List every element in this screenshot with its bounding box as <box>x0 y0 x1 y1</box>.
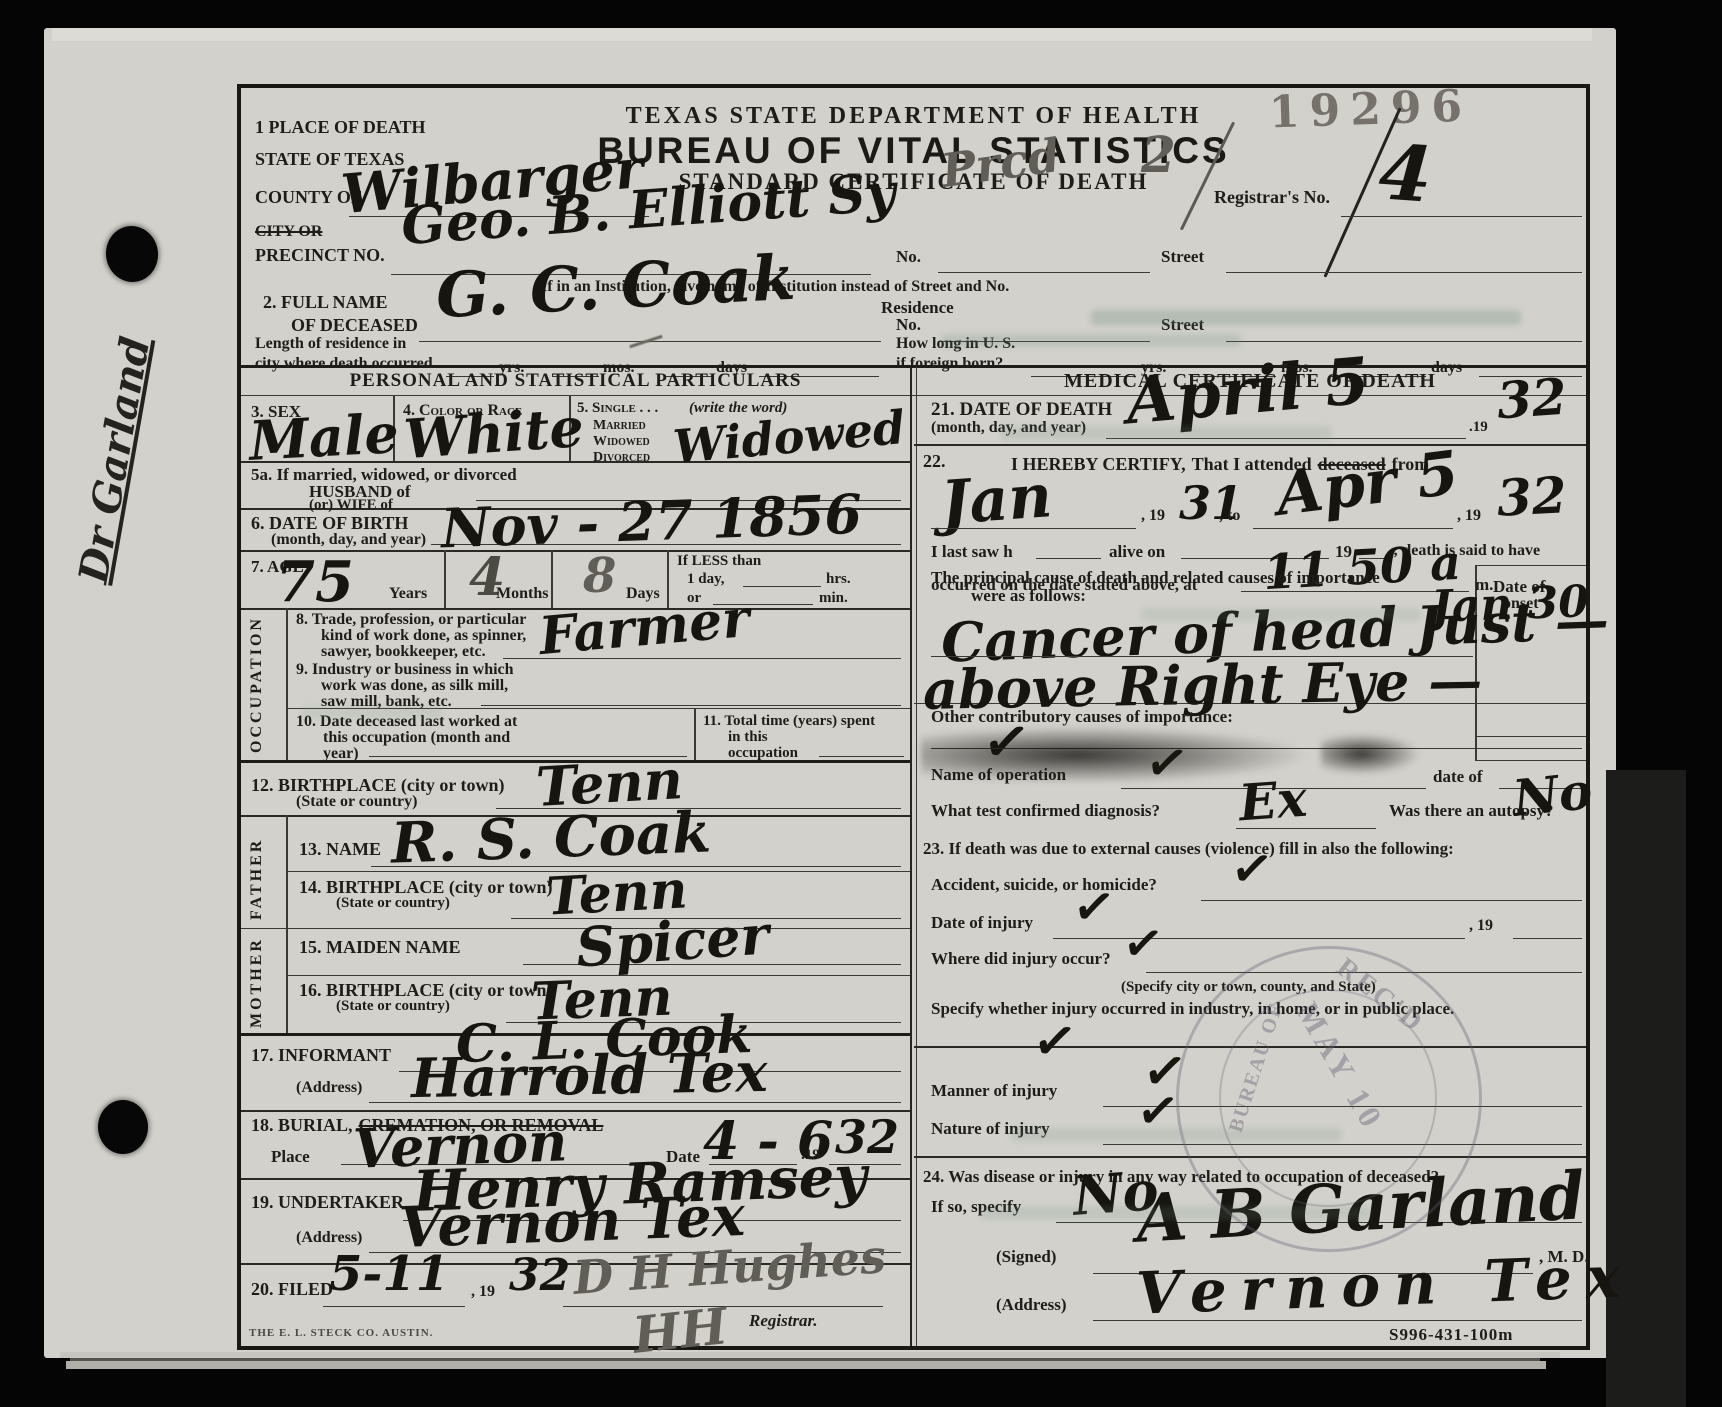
father-vertical-label: FATHER <box>249 828 266 920</box>
manner-injury-label: Manner of injury <box>931 1082 1057 1100</box>
min-label: min. <box>819 591 848 607</box>
total-time-label2: in this <box>728 730 768 746</box>
blank-line <box>323 1306 465 1307</box>
marital-label: 5. Single . . . <box>577 401 658 417</box>
physician-address-label: (Address) <box>996 1296 1067 1314</box>
street-line <box>1226 272 1582 273</box>
registrar-no-value: 4 <box>1376 134 1434 214</box>
occupation-value: Farmer <box>537 593 751 663</box>
signed-label: (Signed) <box>996 1248 1056 1266</box>
death-year-value: 32 <box>1495 372 1568 427</box>
cell-divider <box>286 608 288 760</box>
no-label: No. <box>896 316 921 334</box>
rule <box>1475 736 1586 737</box>
dot19-label: .19 <box>1469 420 1488 436</box>
operation-label: Name of operation <box>931 766 1066 784</box>
death-date-value: April 5 <box>1124 350 1372 435</box>
no-line <box>938 272 1150 273</box>
married-label: Married <box>593 419 646 434</box>
serial-stamp: 19296 <box>1268 84 1472 135</box>
checkmark-icon: ✓ <box>1070 879 1118 934</box>
total-time-label: 11. Total time (years) spent <box>703 714 875 730</box>
if-less-label: If LESS than <box>677 554 761 570</box>
cell-divider <box>694 708 696 760</box>
residence-length-label: Length of residence in <box>255 336 406 353</box>
informant-address-value: Harrold Tex <box>411 1045 768 1105</box>
last-worked-label3: year) <box>323 746 359 763</box>
blank-line <box>819 756 904 757</box>
blank-line <box>1053 938 1465 939</box>
divorced-label: Divorced <box>593 451 650 466</box>
full-name-value: G. C. Coak <box>435 247 797 328</box>
blank-line <box>481 705 901 706</box>
last-saw-label: I last saw h <box>931 543 1013 561</box>
personal-section-title: PERSONAL AND STATISTICAL PARTICULARS <box>241 371 910 391</box>
external-causes-label: 23. If death was due to external causes … <box>923 840 1454 858</box>
blank-line <box>931 528 1136 529</box>
rule <box>1475 760 1586 761</box>
filed-label: 20. FILED <box>251 1280 333 1299</box>
informant-address-label: (Address) <box>296 1080 362 1097</box>
months-label: Months <box>496 586 548 603</box>
bleed-through-mark <box>1091 310 1521 325</box>
form-number: S996-431-100m <box>1389 1326 1513 1344</box>
alive-on-label: alive on <box>1109 543 1165 561</box>
undertaker-label: 19. UNDERTAKER <box>251 1193 404 1212</box>
widowed-label: Widowed <box>593 435 650 450</box>
column-divider <box>916 365 917 1346</box>
physician-address-value: Vernon Tex <box>1135 1247 1635 1322</box>
full-name-label: 2. FULL NAME <box>263 293 388 312</box>
full-name-label2: OF DECEASED <box>291 316 418 335</box>
bleed-through-mark <box>301 706 441 719</box>
background-object <box>1606 770 1686 1407</box>
birthplace-sub-label: (State or country) <box>296 794 417 811</box>
punch-hole <box>98 1100 148 1154</box>
checkmark-icon: ✓ <box>1142 735 1192 792</box>
blank-line <box>1236 828 1376 829</box>
registrar-label: Registrar. <box>749 1312 818 1330</box>
trade-label3: sawyer, bookkeeper, etc. <box>321 644 486 661</box>
filed-year-value: 32 <box>509 1254 570 1298</box>
filed-date-value: 5-11 <box>329 1250 449 1298</box>
checkmark-icon: ✓ <box>1030 1013 1080 1071</box>
comma19-label: , 19 <box>1469 918 1493 935</box>
bleed-through-mark <box>1141 608 1421 621</box>
blank-line <box>743 586 821 587</box>
maiden-name-label: 15. MAIDEN NAME <box>299 938 461 957</box>
certificate-box: TEXAS STATE DEPARTMENT OF HEALTH BUREAU … <box>237 84 1590 1350</box>
rule <box>241 395 1586 396</box>
informant-label: 17. INFORMANT <box>251 1046 391 1065</box>
age-years-value: 75 <box>276 554 354 610</box>
total-time-label3: occupation <box>728 746 798 762</box>
registrar-initials: HH <box>631 1301 730 1361</box>
principal-cause-label2: were as follows: <box>971 587 1086 605</box>
blank-line <box>1513 938 1582 939</box>
place-of-death-label: 1 PLACE OF DEATH <box>255 118 426 137</box>
comma19-label: , 19 <box>1141 508 1165 525</box>
rule <box>914 444 1586 446</box>
attended-to-year: 32 <box>1496 470 1568 524</box>
precinct-label: PRECINCT NO. <box>255 246 385 265</box>
checkmark-icon: ✓ <box>1120 917 1167 970</box>
bleed-through-mark <box>941 334 1241 347</box>
bleed-through-mark <box>981 1206 1371 1220</box>
where-injury-label: Where did injury occur? <box>931 950 1111 968</box>
test-value: Ex <box>1237 774 1308 829</box>
date-of-death-label: 21. DATE OF DEATH <box>931 400 1112 420</box>
mother-birthplace-sub: (State or country) <box>336 999 450 1015</box>
cell-divider <box>551 550 553 608</box>
dob-sub-label: (month, day, and year) <box>271 532 426 549</box>
place-label: Place <box>271 1148 310 1166</box>
street-line <box>1226 341 1582 342</box>
bleed-through-mark <box>1001 426 1331 440</box>
blank-line <box>1201 900 1582 901</box>
column-divider <box>910 365 912 1346</box>
printer-imprint: THE E. L. STECK CO. AUSTIN. <box>249 1328 433 1340</box>
sex-value: Male <box>248 406 400 468</box>
occupation-vertical-label: OCCUPATION <box>249 618 266 753</box>
to-label: , to <box>1219 508 1240 525</box>
operation-date-label: date of <box>1433 768 1483 786</box>
age-days-value: 8 <box>583 552 616 600</box>
one-day-label: 1 day, <box>687 572 725 588</box>
scanned-death-certificate: Dr Garland <box>0 0 1722 1407</box>
hrs-label: hrs. <box>826 572 851 588</box>
rule <box>1475 565 1586 566</box>
blank-line <box>1093 1320 1582 1321</box>
father-name-label: 13. NAME <box>299 840 381 859</box>
mother-vertical-label: MOTHER <box>249 936 266 1028</box>
cell-divider <box>286 815 288 1033</box>
burial-label-part: 18. BURIAL, <box>251 1115 353 1135</box>
page-stack-edge <box>66 1361 1546 1369</box>
registrars-no-label: Registrar's No. <box>1214 188 1330 207</box>
mother-name-value: Spicer <box>574 907 770 974</box>
pencil-number: 2 <box>1141 130 1176 180</box>
father-birthplace-sub: (State or country) <box>336 896 450 912</box>
years-label: Years <box>389 586 427 603</box>
test-label: What test confirmed diagnosis? <box>931 802 1160 820</box>
checkmark-icon: ✓ <box>1228 841 1276 896</box>
race-value: White <box>402 400 585 466</box>
dob-value: Nov - 27 1856 <box>440 487 863 556</box>
paper-top-edge <box>52 28 1592 41</box>
city-or-label: CITY OR <box>255 224 322 241</box>
comma19-label: , 19 <box>471 1284 495 1301</box>
contributory-label: Other contributory causes of importance: <box>931 708 1233 726</box>
bleed-through-mark <box>1011 1128 1341 1142</box>
autopsy-value: No <box>1511 766 1595 824</box>
accident-label: Accident, suicide, or homicide? <box>931 876 1157 894</box>
undertaker-address-label: (Address) <box>296 1230 362 1247</box>
no-label: No. <box>896 248 921 266</box>
date-injury-label: Date of injury <box>931 914 1033 932</box>
street-label: Street <box>1161 248 1204 266</box>
ink-smudge <box>1321 733 1421 775</box>
wife-of-label: (or) WIFE of <box>309 498 393 514</box>
principal-cause-label: The principal cause of death and related… <box>931 569 1380 587</box>
attended-from-value: Jan <box>939 466 1054 534</box>
blank-line <box>1036 558 1101 559</box>
comma19-label: , 19 <box>1457 508 1481 525</box>
